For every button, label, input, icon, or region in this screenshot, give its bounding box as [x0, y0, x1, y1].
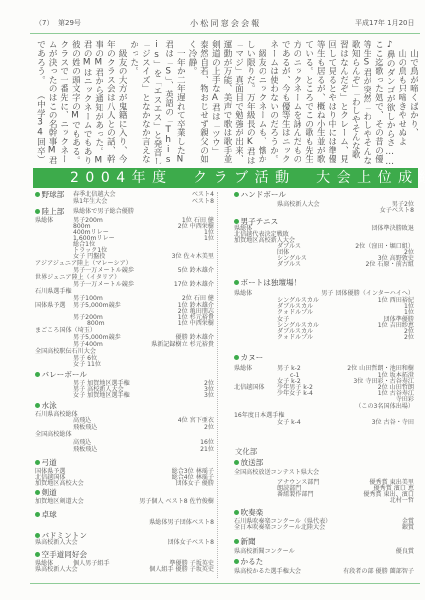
result: 団体女子ベスト8 — [167, 539, 214, 546]
result: 2位 石原・前古組 — [366, 261, 414, 268]
result-row: 男子400m県新記録樹立 杉元裕貴 — [35, 341, 214, 348]
result-row: 女子 k-43位 古谷・寺田 — [234, 419, 414, 426]
competition: アジアジュニア陸上（マレーシア） — [35, 260, 132, 267]
result: 優勝 鈴木雄介 — [176, 334, 215, 341]
result-row: 女子 円盤投3位 佐々木美里 — [35, 253, 214, 260]
competition: 全国高校駅伝石川大会 — [35, 348, 96, 355]
green-dot-icon — [35, 460, 40, 465]
competition: 県高校かるた選手権大会 — [234, 568, 301, 575]
result: 21位 — [200, 446, 214, 453]
green-dot-icon — [35, 490, 40, 495]
event: 男子 k-2 — [277, 365, 301, 372]
event: 女子 加賀地区選手権 — [73, 392, 130, 399]
newsletter-page: （7） 第29号 小松同窓会会報 平成17年 1月20日 山で鳥が啼くばかり、 … — [0, 0, 425, 600]
club-heading: ハンドボール — [234, 190, 414, 200]
club-heading: 陸上部県総体で男子総合優勝 — [35, 207, 214, 217]
event: 飛板飛込 — [73, 446, 97, 453]
club-name: 陸上部 — [42, 207, 65, 216]
green-dot-icon — [35, 512, 40, 517]
club-name: 剣道 — [42, 488, 57, 497]
result-row: 全国高校駅伝石川大会 — [35, 348, 214, 355]
result: 2位 — [404, 334, 414, 341]
result-row: ダブルス2位 石原・前古組 — [234, 261, 414, 268]
result-row: 800m1位 中西栄樹 — [35, 320, 214, 327]
result-row: 世界ジュニア陸上（イタリア） — [35, 274, 214, 281]
green-dot-icon — [35, 552, 40, 557]
green-dot-icon — [234, 539, 239, 544]
result-row: 県1年生大会ベスト8 — [35, 198, 214, 205]
club-name: 新聞 — [241, 537, 256, 546]
club-name: ボートは独壇場！ — [241, 278, 302, 287]
club-heading: かるた — [234, 557, 414, 567]
green-dot-icon — [35, 209, 40, 214]
club-name: 弓道 — [42, 458, 57, 467]
result: 男子個人 ベスト8 佐竹俊樹 — [139, 498, 214, 505]
club-heading: 弓道 — [35, 458, 214, 468]
green-dot-icon — [234, 460, 239, 465]
result-row: 北村一哲 — [234, 497, 414, 504]
club-name: 放送部 — [241, 458, 264, 467]
result-row: 石川県選手権 — [35, 288, 214, 295]
column-divider — [217, 192, 218, 578]
result: 3位 — [204, 392, 214, 399]
competition: 県総体 — [234, 290, 252, 297]
result-row: 県高校新人大会団体女子ベスト8 — [35, 539, 214, 546]
result: 16位 — [200, 439, 214, 446]
result-row: 全国高校総体 — [35, 431, 214, 438]
result-row: 高飛込4位 宮下亜衣 — [35, 417, 214, 424]
result: 個人組手 優勝 子坂英史 — [149, 566, 214, 573]
club-name: 空手道同好会 — [42, 550, 88, 559]
competition: 全国高校総体 — [35, 431, 72, 438]
footer-rule — [30, 583, 420, 584]
green-dot-icon — [234, 355, 239, 360]
event: 女子 k-4 — [277, 419, 301, 426]
result-row: 男子一万メートル競歩17位 鈴木雄介 — [35, 281, 214, 288]
result-row: まごころ国体（埼玉） — [35, 327, 214, 334]
green-dot-icon — [35, 192, 40, 197]
event: 男子100m — [73, 295, 103, 302]
result: 5位 鈴木雄介 — [178, 267, 214, 274]
green-dot-icon — [234, 510, 239, 515]
club-heading: 空手道同好会 — [35, 550, 214, 560]
event: 県総体で男子総合優勝 — [73, 207, 134, 217]
result-row: 県総体男子 団体優勝（インターハイへ） — [234, 290, 414, 297]
result: 1位 中西栄樹 — [178, 320, 214, 327]
essay-column: 運動が万能、美声で歌は歌手並。 — [220, 40, 232, 164]
event: 高飛込 — [73, 417, 91, 424]
event: ダブルス — [277, 261, 301, 268]
result-row: 男子一万メートル競歩5位 鈴木雄介 — [35, 267, 214, 274]
result: 3位 古谷・寺田 — [372, 419, 414, 426]
result-row: （この3名国体出場） — [234, 403, 414, 410]
competition: 全日本吹奏楽コンクール北陸大会 — [234, 524, 325, 531]
result: 3位 佐々木美里 — [172, 253, 214, 260]
event: クォドルプル — [277, 309, 313, 316]
competition: 全国高校放送コンテスト県大会 — [234, 469, 319, 476]
result: 1位 — [404, 309, 414, 316]
result-row: 高飛込16位 — [35, 439, 214, 446]
green-dot-icon — [35, 403, 40, 408]
result: 2位 山田哲朗・池田和樹 — [347, 365, 414, 372]
green-dot-icon — [234, 280, 239, 285]
result-row: 飛板飛込2位 — [35, 424, 214, 431]
result: 2位 石田 健 — [182, 295, 214, 302]
club-name: ハンドボール — [241, 190, 286, 199]
result-row: クォドルプル2位 — [234, 334, 414, 341]
event: 女子 円盤投 — [73, 253, 105, 260]
event: 県1年生大会 — [73, 198, 107, 205]
club-name: 水泳 — [42, 401, 57, 410]
section-heading-culture: 文化部 — [235, 447, 257, 457]
result: 有段者の部 優勝 薗部智子 — [343, 568, 414, 575]
competition: 県総体 — [234, 365, 252, 372]
result-row: 16年度日本選手権 — [234, 412, 414, 419]
club-heading: カヌー — [234, 353, 414, 363]
result: 女子ベスト8 — [380, 207, 414, 214]
result-row: 県高校新聞コンクール優良賞 — [234, 548, 414, 555]
result-row: 女子 加賀地区選手権3位 — [35, 392, 214, 399]
result: 優良賞 — [396, 548, 414, 555]
event: 男子一万メートル競歩 — [73, 267, 134, 274]
result-row: 男子100m2位 石田 健 — [35, 295, 214, 302]
result: 団体女子 優勝 — [176, 480, 215, 487]
result-row: 加賀地区剣道大会男子個人 ベスト8 佐竹俊樹 — [35, 498, 214, 505]
green-dot-icon — [35, 533, 40, 538]
event: 男子400m — [73, 341, 103, 348]
event: 女子 11位 — [73, 361, 101, 368]
results-left-column: 野球部春季北信越大会ベスト4 県1年生大会ベスト8 陸上部県総体で男子総合優勝 … — [35, 0, 214, 600]
result: 県総体男子団体ベスト8 — [149, 519, 214, 526]
result-row: 県高校新人大会個人組手 優勝 子坂英史 — [35, 566, 214, 573]
event: 飛板飛込 — [73, 424, 97, 431]
club-heading: バレーボール — [35, 370, 214, 380]
result: 17位 鈴木雄介 — [174, 281, 214, 288]
result-row: 寺田彩 — [234, 396, 414, 403]
result-row: 県高校かるた選手権大会有段者の部 優勝 薗部智子 — [234, 568, 414, 575]
result: 4位 宮下亜衣 — [178, 417, 214, 424]
club-heading: 放送部 — [234, 458, 414, 468]
club-name: 卓球 — [42, 510, 57, 519]
competition: 石川県選手権 — [35, 288, 72, 295]
event: クォドルプル — [277, 334, 313, 341]
club-name: 吹奏楽 — [241, 508, 264, 517]
result: ベスト8 — [192, 198, 214, 205]
result: 寺田彩 — [396, 396, 414, 403]
club-name: かるた — [241, 557, 264, 566]
competition: 加賀地区高校大会 — [35, 480, 84, 487]
event: 男子一万メートル競歩 — [73, 281, 134, 288]
result-row: 女子 11位 — [35, 361, 214, 368]
green-dot-icon — [234, 559, 239, 564]
club-name: バレーボール — [42, 370, 87, 379]
club-heading: ボートは独壇場！ — [234, 278, 414, 288]
competition: 加賀地区剣道大会 — [35, 498, 84, 505]
event: 男子5,000m競歩 — [73, 334, 121, 341]
club-heading: 新聞 — [234, 537, 414, 547]
result-row: 加賀地区高校大会団体女子 優勝 — [35, 480, 214, 487]
result-row: 女子ベスト8 — [234, 207, 414, 214]
club-heading: 剣道 — [35, 488, 214, 498]
result: 2位 — [204, 424, 214, 431]
result-row: 男子5,000m競歩優勝 鈴木雄介 — [35, 334, 214, 341]
result: 銀賞 — [402, 524, 414, 531]
result-row: 全国高校放送コンテスト県大会 — [234, 469, 414, 476]
event: 800m — [87, 320, 105, 327]
green-dot-icon — [35, 372, 40, 377]
competition: 県高校新聞コンクール — [234, 548, 295, 555]
result-row: アジアジュニア陸上（マレーシア） — [35, 260, 214, 267]
club-name: カヌー — [241, 353, 264, 362]
result: 北村一哲 — [390, 497, 414, 504]
competition: 県高校新人大会 — [35, 566, 78, 573]
competition: 県高校新人大会 — [35, 539, 78, 546]
green-dot-icon — [234, 192, 239, 197]
result-row: クォドルプル1位 — [234, 309, 414, 316]
result: 県新記録樹立 杉元裕貴 — [151, 341, 214, 348]
result-row: 飛板飛込21位 — [35, 446, 214, 453]
result-row: 県総体男子 k-22位 山田哲朗・池田和樹 — [234, 365, 414, 372]
results-right-column: ハンドボール 県高校新人大会男子2位 女子ベスト8 男子テニス 県総体団体準決勝… — [234, 0, 414, 600]
club-heading: 吹奏楽 — [234, 508, 414, 518]
result: （この3名国体出場） — [355, 403, 414, 410]
result-row: 県総体男子団体ベスト8 — [35, 519, 214, 526]
competition: 世界ジュニア陸上（イタリア） — [35, 274, 120, 281]
club-heading: 水泳 — [35, 401, 214, 411]
competition: まごころ国体（埼玉） — [35, 327, 96, 334]
result-row: 全日本吹奏楽コンクール北陸大会銀賞 — [234, 524, 414, 531]
result: 男子 団体優勝（インターハイへ） — [321, 290, 414, 297]
event: 高飛込 — [73, 439, 91, 446]
competition: 16年度日本選手権 — [234, 412, 284, 419]
green-dot-icon — [234, 219, 239, 224]
